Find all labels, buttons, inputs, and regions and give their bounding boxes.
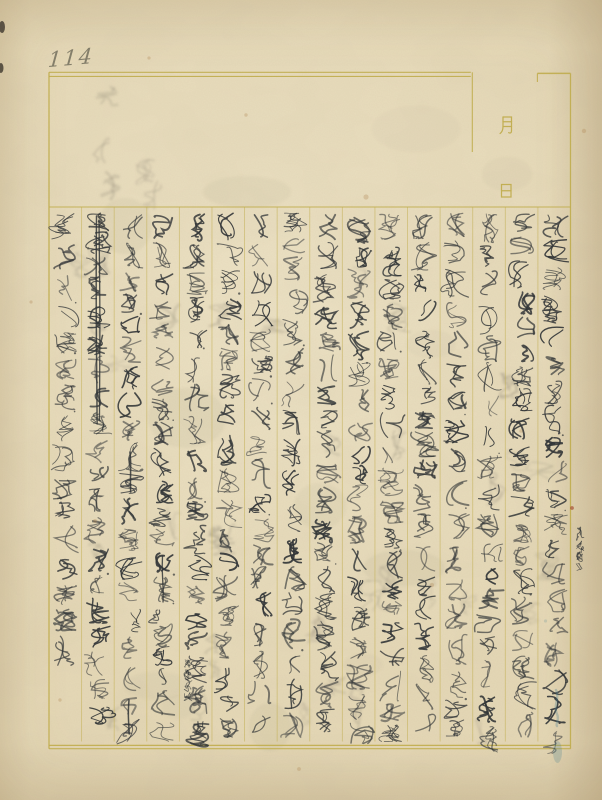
page-number-pencil: 114 <box>47 44 95 72</box>
manuscript-scan-art <box>0 0 602 800</box>
manuscript-page: 114 <box>0 0 602 800</box>
paper-grain <box>0 0 602 800</box>
